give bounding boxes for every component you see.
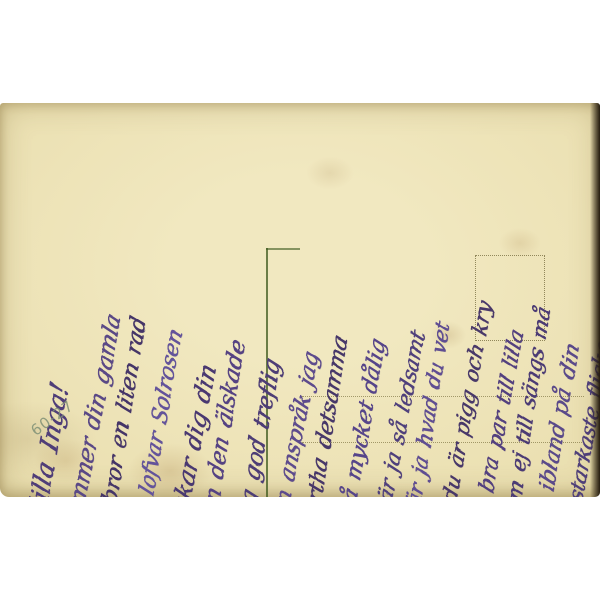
photo-background: Kära lilla Inga!Här kommer din gamlaFår … <box>0 0 600 600</box>
postcard: Kära lilla Inga!Här kommer din gamlaFår … <box>0 103 600 497</box>
card-edge-shadow <box>590 103 600 497</box>
